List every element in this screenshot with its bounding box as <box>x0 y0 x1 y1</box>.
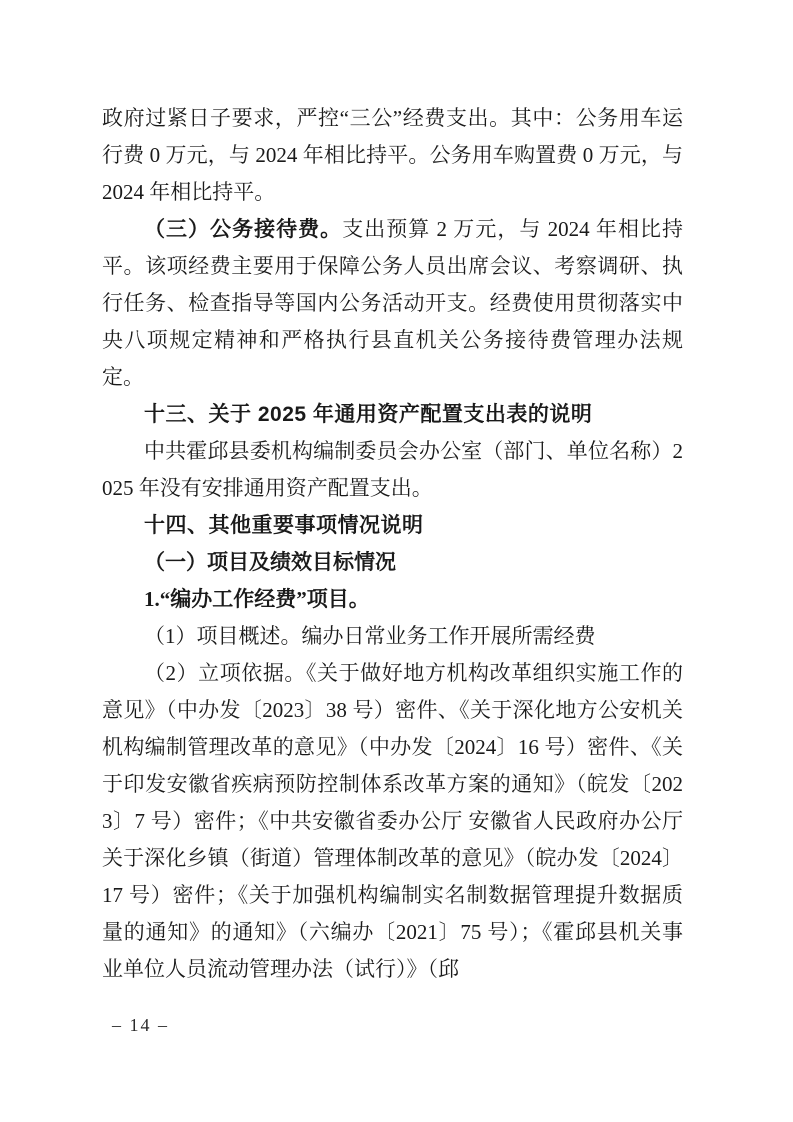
paragraph-text: 政府过紧日子要求，严控“三公”经费支出。其中：公务用车运行费 0 万元，与 20… <box>102 106 683 204</box>
heading-text: （一）项目及绩效目标情况 <box>144 550 396 574</box>
paragraph-text: （2）立项依据。《关于做好地方机构改革组织实施工作的意见》（中办发〔2023〕3… <box>102 661 683 981</box>
paragraph-text: （1）项目概述。编办日常业务工作开展所需经费 <box>144 624 596 648</box>
heading-subsection-1-project-performance: （一）项目及绩效目标情况 <box>102 544 683 581</box>
paragraph-project-overview: （1）项目概述。编办日常业务工作开展所需经费 <box>102 618 683 655</box>
paragraph-text: 支出预算 2 万元，与 2024 年相比持平。该项经费主要用于保障公务人员出席会… <box>102 217 683 389</box>
paragraph-lead-bold: （三）公务接待费。 <box>144 217 342 241</box>
paragraph-three-public-funds-continued: 政府过紧日子要求，严控“三公”经费支出。其中：公务用车运行费 0 万元，与 20… <box>102 100 683 211</box>
heading-section-14: 十四、其他重要事项情况说明 <box>102 507 683 544</box>
paragraph-asset-allocation-statement: 中共霍邱县委机构编制委员会办公室（部门、单位名称）2025 年没有安排通用资产配… <box>102 433 683 507</box>
document-body: 政府过紧日子要求，严控“三公”经费支出。其中：公务用车运行费 0 万元，与 20… <box>102 100 683 988</box>
paragraph-official-reception-fee: （三）公务接待费。支出预算 2 万元，与 2024 年相比持平。该项经费主要用于… <box>102 211 683 396</box>
page-number: – 14 – <box>112 1014 169 1036</box>
paragraph-text: 中共霍邱县委机构编制委员会办公室（部门、单位名称）2025 年没有安排通用资产配… <box>102 439 683 500</box>
heading-text: 1.“编办工作经费”项目。 <box>144 587 370 611</box>
heading-text: 十四、其他重要事项情况说明 <box>144 514 424 537</box>
heading-project-bianban-work-funds: 1.“编办工作经费”项目。 <box>102 581 683 618</box>
heading-section-13: 十三、关于 2025 年通用资产配置支出表的说明 <box>102 396 683 433</box>
paragraph-project-basis: （2）立项依据。《关于做好地方机构改革组织实施工作的意见》（中办发〔2023〕3… <box>102 655 683 988</box>
document-page: 政府过紧日子要求，严控“三公”经费支出。其中：公务用车运行费 0 万元，与 20… <box>0 0 793 1122</box>
heading-text: 十三、关于 2025 年通用资产配置支出表的说明 <box>144 403 592 426</box>
